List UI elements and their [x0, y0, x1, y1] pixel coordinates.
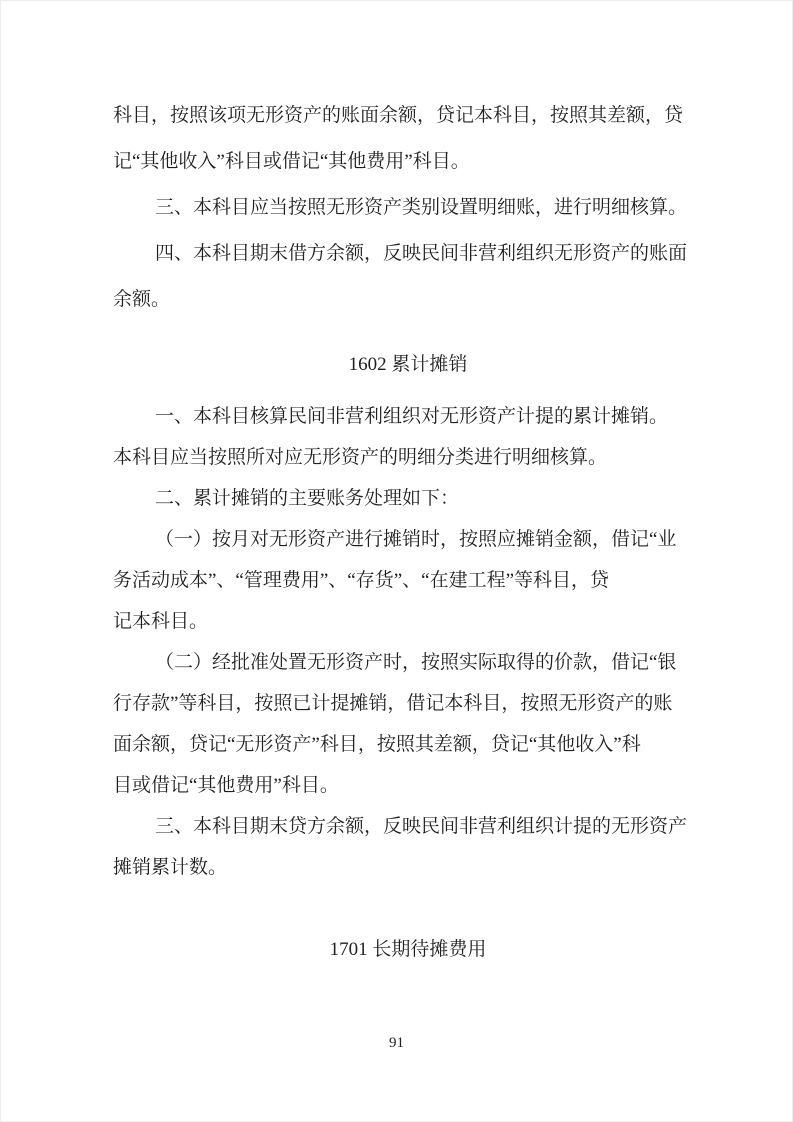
text-line: 本科目应当按照所对应无形资产的明细分类进行明细核算。: [113, 437, 703, 478]
text-line: 一、本科目核算民间非营利组织对无形资产计提的累计摊销。: [113, 396, 703, 437]
text-line: 二、累计摊销的主要账务处理如下：: [113, 478, 703, 519]
text-line: 四、本科目期末借方余额，反映民间非营利组织无形资产的账面: [113, 231, 703, 277]
text-line: 三、本科目期末贷方余额，反映民间非营利组织计提的无形资产: [113, 806, 703, 847]
text-line: 三、本科目应当按照无形资产类别设置明细账，进行明细核算。: [113, 185, 703, 231]
text-line: 面余额，贷记“无形资产”科目，按照其差额，贷记“其他收入”科: [113, 724, 703, 765]
body-text: 科目，按照该项无形资产的账面余额，贷记本科目，按照其差额，贷 记“其他收入”科目…: [113, 93, 703, 973]
document-page: 科目，按照该项无形资产的账面余额，贷记本科目，按照其差额，贷 记“其他收入”科目…: [0, 0, 793, 1122]
text-line: 记本科目。: [113, 601, 703, 642]
text-line: 行存款”等科目，按照已计提摊销，借记本科目，按照无形资产的账: [113, 683, 703, 724]
text-line: 摊销累计数。: [113, 847, 703, 888]
text-line: 务活动成本”、“管理费用”、“存货”、“在建工程”等科目，贷: [113, 560, 703, 601]
text-line: （一）按月对无形资产进行摊销时，按照应摊销金额，借记“业: [113, 519, 703, 560]
text-line: 记“其他收入”科目或借记“其他费用”科目。: [113, 139, 703, 185]
text-line: 科目，按照该项无形资产的账面余额，贷记本科目，按照其差额，贷: [113, 93, 703, 139]
text-line: 目或借记“其他费用”科目。: [113, 765, 703, 806]
text-line: 余额。: [113, 277, 703, 323]
section-heading-1602: 1602 累计摊销: [113, 342, 703, 388]
page-number: 91: [0, 1033, 793, 1053]
text-line: （二）经批准处置无形资产时，按照实际取得的价款，借记“银: [113, 642, 703, 683]
section-heading-1701: 1701 长期待摊费用: [113, 927, 703, 973]
paragraph-block-top: 科目，按照该项无形资产的账面余额，贷记本科目，按照其差额，贷 记“其他收入”科目…: [113, 93, 703, 323]
paragraph-block-1602: 一、本科目核算民间非营利组织对无形资产计提的累计摊销。 本科目应当按照所对应无形…: [113, 396, 703, 888]
